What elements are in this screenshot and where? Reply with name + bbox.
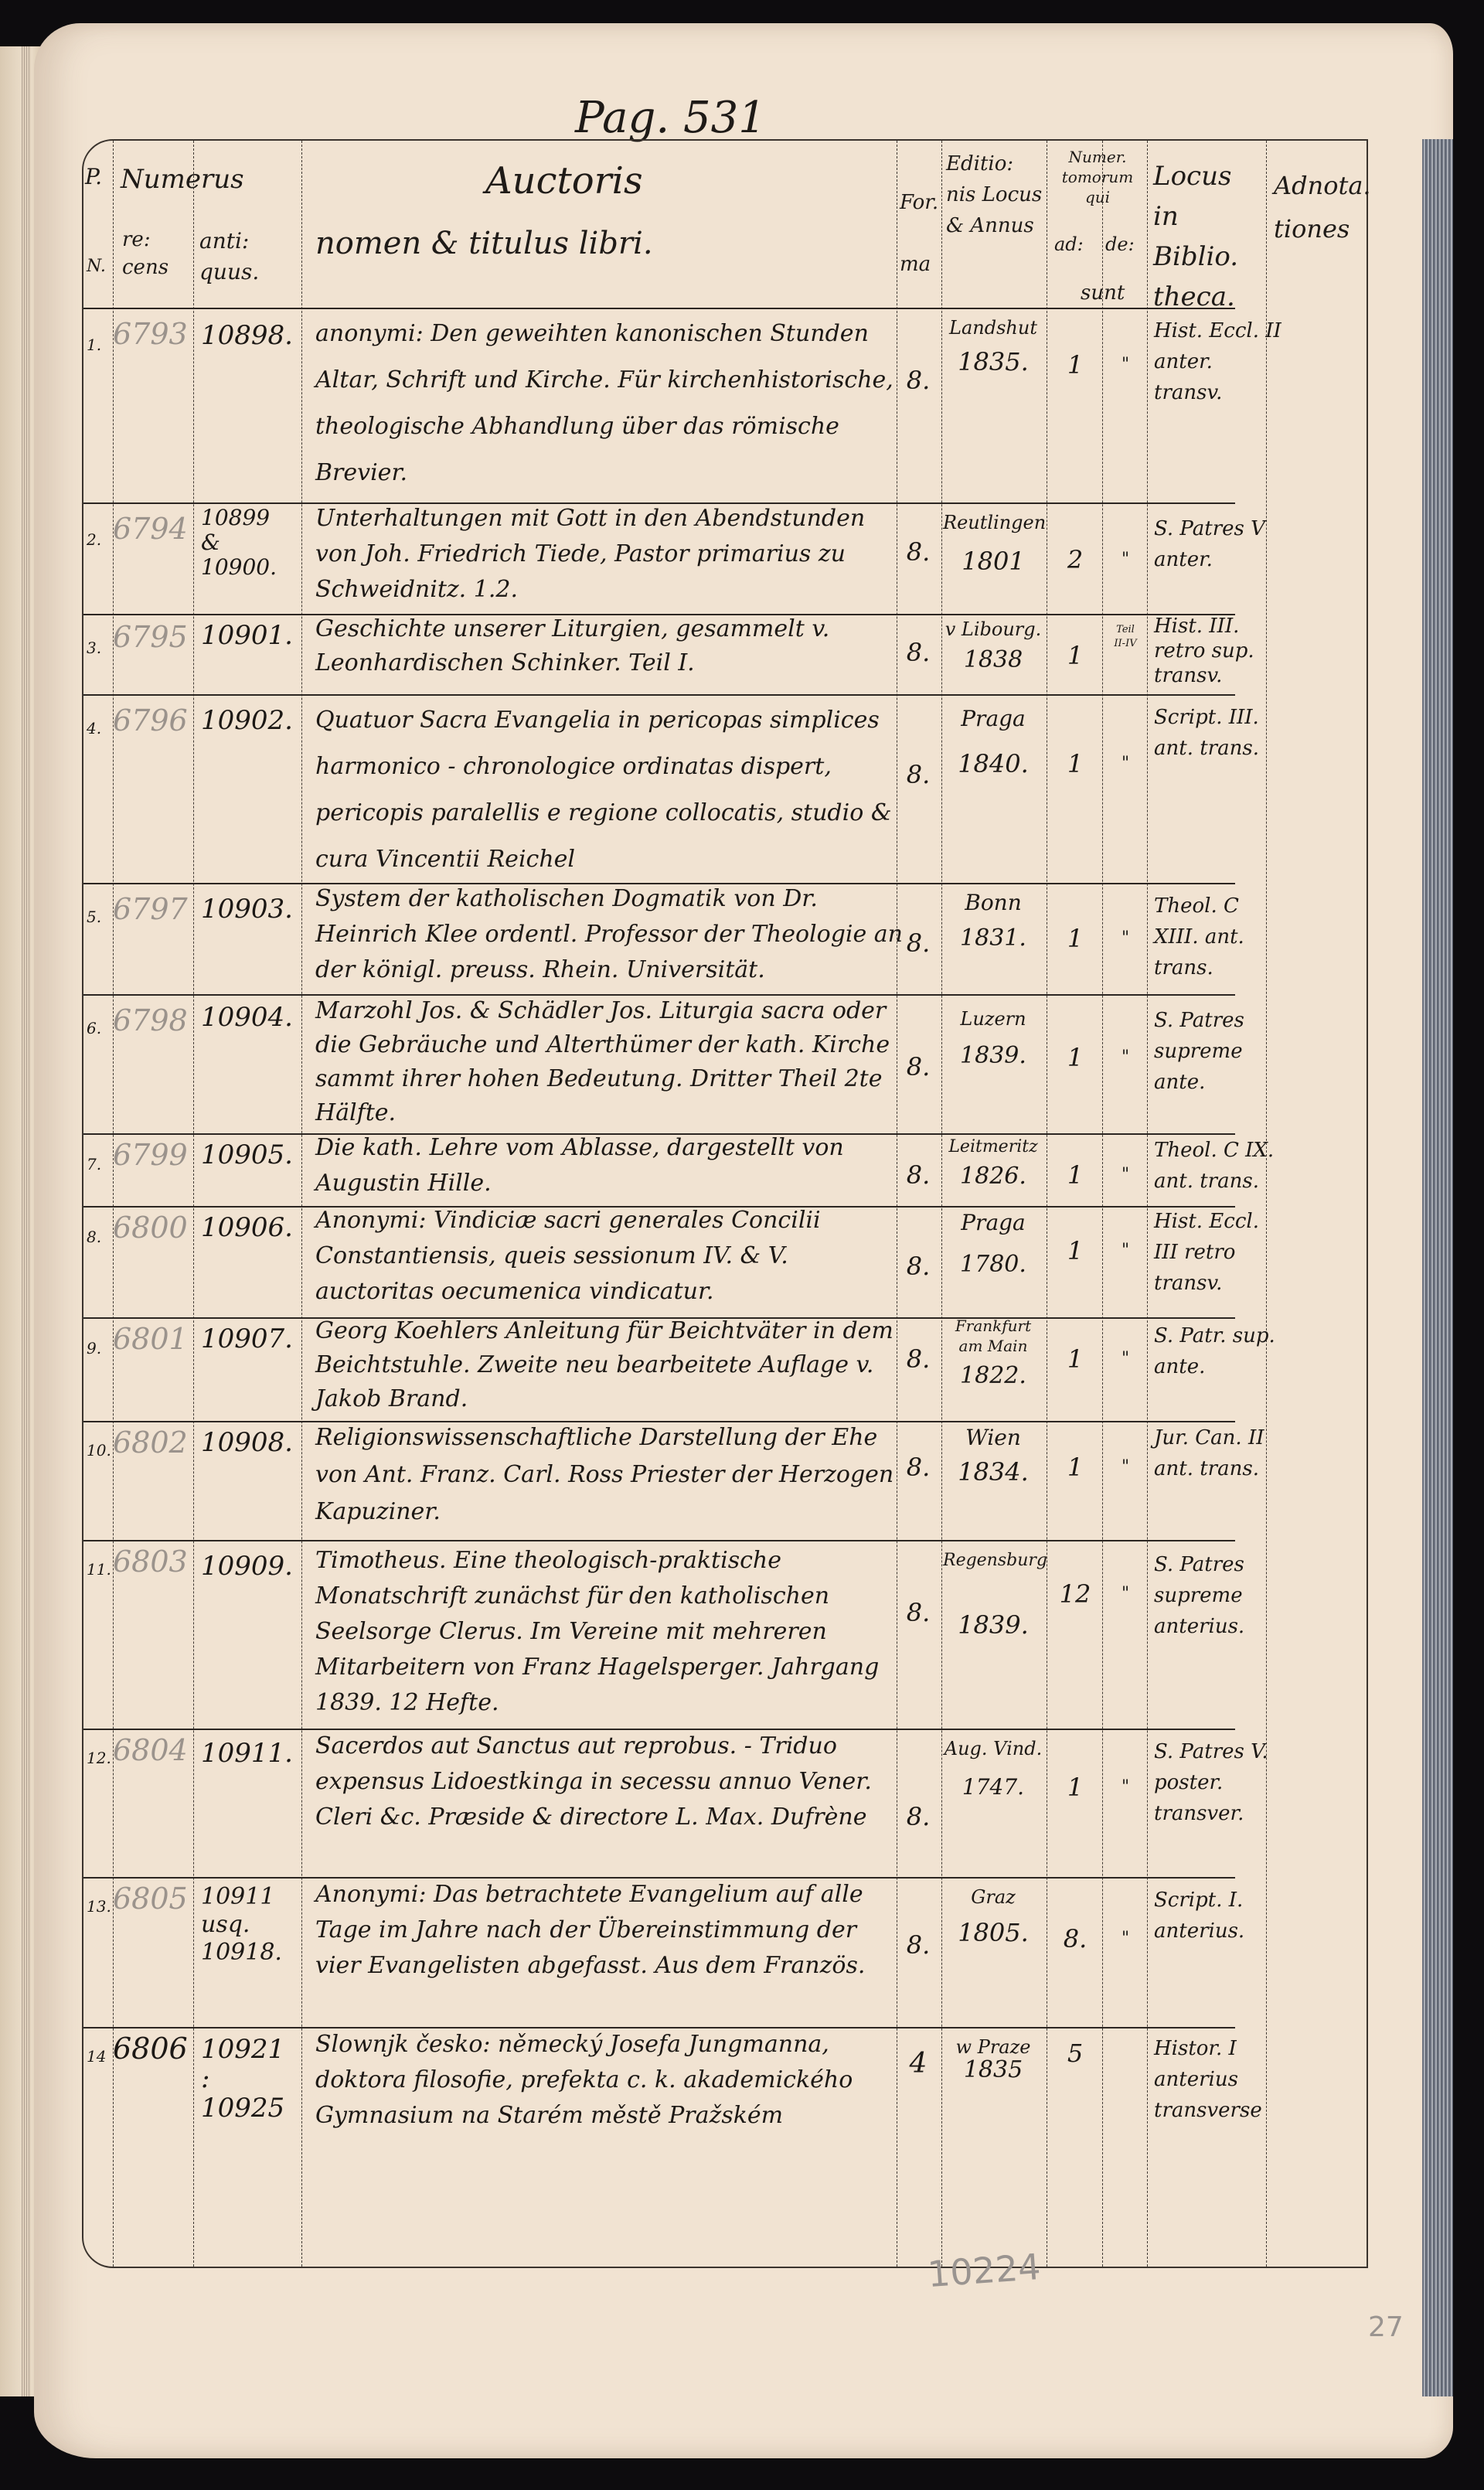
header-numerus-tomorum: Numer. tomorum qui [1050, 147, 1145, 207]
table-row: 5. 6797 10903. System der katholischen D… [83, 886, 1367, 991]
row-adsunt: 1 [1048, 1444, 1102, 1490]
row-antiquus-number: 10898. [201, 317, 294, 354]
row-adsunt: 2 [1048, 536, 1102, 583]
row-forma: 8. [903, 529, 934, 575]
row-title: Timotheus. Eine theologisch-praktische M… [315, 1543, 903, 1721]
row-editio-annus: 1805. [943, 1916, 1043, 1950]
pencil-folio-number: 27 [1368, 2311, 1404, 2343]
row-locus: S. Patres supreme anterius. [1154, 1549, 1285, 1642]
row-recens-number: 6805 [113, 1875, 190, 1922]
row-locus: Theol. C IX. ant. trans. [1154, 1135, 1285, 1197]
row-editio-annus: 1780. [943, 1248, 1043, 1282]
row-desunt: " [1110, 1336, 1141, 1382]
row-adsunt: 1 [1048, 342, 1102, 388]
row-forma: 8. [903, 751, 934, 798]
row-forma: 8. [903, 357, 934, 404]
row-adsunt: 1 [1048, 741, 1102, 787]
row-recens-number: 6803 [113, 1538, 190, 1585]
row-title: Geschichte unserer Liturgien, gesammelt … [315, 612, 903, 680]
row-rule [83, 1540, 1235, 1541]
header-sunt: sunt [1081, 281, 1125, 305]
row-recens-number: 6799 [113, 1132, 190, 1178]
row-editio-locus: v Libourg. [943, 612, 1043, 646]
row-adsunt: 1 [1048, 1152, 1102, 1198]
row-locus: S. Patres V. poster. transver. [1154, 1736, 1285, 1829]
row-title: Religionswissenschaftliche Darstellung d… [315, 1419, 903, 1531]
row-forma: 8. [903, 629, 934, 676]
row-forma: 8. [903, 1243, 934, 1289]
row-title: System der katholischen Dogmatik von Dr.… [315, 881, 903, 988]
row-editio-annus: 1831. [943, 921, 1043, 955]
row-antiquus-number: 10905. [201, 1136, 294, 1173]
row-position: 9. [87, 1325, 111, 1371]
row-desunt: " [1110, 342, 1141, 388]
row-antiquus-number: 10908. [201, 1424, 294, 1461]
row-locus: Script. III. ant. trans. [1154, 702, 1285, 764]
row-locus: S. Patres V anter. [1154, 513, 1285, 575]
row-forma: 4 [903, 2041, 934, 2087]
row-desunt: " [1110, 536, 1141, 583]
row-antiquus-number: 10906. [201, 1209, 294, 1246]
header-auctoris: Auctoris [485, 159, 643, 203]
row-editio-locus: Frankfurt am Main [943, 1316, 1043, 1356]
row-adsunt: 8. [1048, 1916, 1102, 1962]
pencil-note-count: 10224 [926, 2246, 1042, 2295]
catalog-ledger-table: P. N. Numerus re: cens anti: quus. Aucto… [82, 139, 1368, 2268]
row-position: 11. [87, 1546, 111, 1592]
row-title: Sacerdos aut Sanctus aut reprobus. - Tri… [315, 1729, 903, 1835]
row-locus: Hist. Eccl. III retro transv. [1154, 1206, 1285, 1299]
row-adsunt: 1 [1048, 915, 1102, 962]
table-row: 11. 6803 10909. Timotheus. Eine theologi… [83, 1543, 1367, 1729]
row-title: Unterhaltungen mit Gott in den Abendstun… [315, 501, 903, 608]
table-row: 1. 6793 10898. anonymi: Den geweihten ka… [83, 311, 1367, 502]
row-editio-annus: 1822. [943, 1359, 1043, 1393]
row-editio-annus: 1747. [943, 1770, 1043, 1804]
row-locus: S. Patres supreme ante. [1154, 1005, 1285, 1098]
row-antiquus-number: 10899 & 10900. [201, 506, 294, 580]
row-recens-number: 6793 [113, 311, 190, 357]
row-position: 14 [87, 2033, 111, 2080]
row-editio-locus: Praga [943, 1206, 1043, 1240]
row-editio-annus: 1834. [943, 1455, 1043, 1489]
row-recens-number: 6794 [113, 506, 190, 552]
row-title: anonymi: Den geweihten kanonischen Stund… [315, 311, 903, 496]
row-editio-locus: Regensburg [943, 1548, 1043, 1574]
header-adnotationes: Adnota. tiones [1274, 164, 1367, 250]
row-recens-number: 6802 [113, 1419, 190, 1466]
table-row: 4. 6796 10902. Quatuor Sacra Evangelia i… [83, 697, 1367, 883]
header-recens: re: cens [122, 226, 184, 281]
row-forma: 8. [903, 1589, 934, 1636]
row-editio-annus: 1840. [943, 747, 1043, 781]
page-number: Pag. 531 [575, 93, 766, 143]
row-adsunt: 1 [1048, 632, 1102, 679]
row-editio-locus: Reutlingen [943, 506, 1043, 540]
row-editio-locus: Luzern [943, 1002, 1043, 1036]
row-antiquus-number: 10911. [201, 1735, 294, 1772]
table-row: 6. 6798 10904. Marzohl Jos. & Schädler J… [83, 997, 1367, 1133]
table-row: 2. 6794 10899 & 10900. Unterhaltungen mi… [83, 506, 1367, 611]
row-title: Anonymi: Vindiciæ sacri generales Concil… [315, 1203, 903, 1310]
header-pos-sub: N. [87, 257, 106, 276]
table-row: 7. 6799 10905. Die kath. Lehre vom Ablas… [83, 1136, 1367, 1206]
row-forma: 8. [903, 1444, 934, 1490]
row-editio-annus: 1801 [943, 544, 1043, 578]
row-forma: 8. [903, 920, 934, 966]
row-editio-locus: Aug. Vind. [943, 1732, 1043, 1766]
row-rule [83, 694, 1235, 696]
row-recens-number: 6804 [113, 1727, 190, 1773]
header-editionis: Editio: nis Locus & Annus [946, 148, 1043, 241]
header-forma: For. ma [900, 172, 938, 295]
row-desunt: " [1110, 741, 1141, 787]
row-adsunt: 1 [1048, 1336, 1102, 1382]
row-antiquus-number: 10903. [201, 891, 294, 928]
row-recens-number: 6795 [113, 614, 190, 660]
table-row: 10. 6802 10908. Religionswissenschaftlic… [83, 1424, 1367, 1540]
row-adsunt: 5 [1048, 2030, 1102, 2076]
row-recens-number: 6800 [113, 1204, 190, 1251]
row-locus: Script. I. anterius. [1154, 1885, 1285, 1947]
table-row: 3. 6795 10901. Geschichte unserer Liturg… [83, 617, 1367, 691]
row-position: 3. [87, 625, 111, 671]
row-editio-annus: 1835. [943, 345, 1043, 379]
table-row: 14 6806 10921 : 10925 Slownjk česko: něm… [83, 2030, 1367, 2200]
row-title: Georg Koehlers Anleitung für Beichtväter… [315, 1314, 903, 1416]
row-editio-locus: Graz [943, 1880, 1043, 1914]
row-antiquus-number: 10902. [201, 702, 294, 739]
row-desunt: " [1110, 1034, 1141, 1081]
row-position: 7. [87, 1141, 111, 1187]
header-numerus: Numerus [121, 164, 244, 195]
row-recens-number: 6796 [113, 697, 190, 744]
row-locus: Hist. III. retro sup. transv. [1154, 614, 1285, 688]
table-row: 13. 6805 10911 usq. 10918. Anonymi: Das … [83, 1880, 1367, 2027]
header-nomen-titulus: nomen & titulus libri. [315, 226, 653, 261]
row-locus: Histor. I anterius transverse [1154, 2033, 1285, 2126]
row-position: 13. [87, 1883, 111, 1930]
row-editio-annus: 1839. [943, 1608, 1043, 1642]
row-antiquus-number: 10904. [201, 999, 294, 1036]
row-locus: Hist. Eccl. II anter. transv. [1154, 315, 1285, 408]
row-recens-number: 6806 [113, 2025, 190, 2072]
row-editio-annus: 1839. [943, 1039, 1043, 1073]
header-adsunt: ad: [1054, 233, 1084, 255]
row-desunt: " [1110, 1764, 1141, 1810]
header-antiquus: anti: quus. [199, 226, 292, 288]
row-forma: 8. [903, 1793, 934, 1840]
row-recens-number: 6798 [113, 997, 190, 1044]
row-desunt: Teil II-IV [1110, 623, 1141, 651]
table-row: 8. 6800 10906. Anonymi: Vindiciæ sacri g… [83, 1209, 1367, 1317]
header-pos: P. [85, 164, 102, 189]
row-antiquus-number: 10921 : 10925 [201, 2035, 294, 2123]
row-antiquus-number: 10901. [201, 617, 294, 654]
table-row: 12. 6804 10911. Sacerdos aut Sanctus aut… [83, 1732, 1367, 1877]
row-position: 5. [87, 894, 111, 940]
row-title: Marzohl Jos. & Schädler Jos. Liturgia sa… [315, 994, 903, 1130]
book-fore-edge [1422, 139, 1453, 2396]
row-title: Slownjk česko: německý Josefa Jungmanna,… [315, 2027, 903, 2134]
row-desunt: " [1110, 1152, 1141, 1198]
row-locus: S. Patr. sup. ante. [1154, 1320, 1285, 1382]
table-row: 9. 6801 10907. Georg Koehlers Anleitung … [83, 1320, 1367, 1421]
row-editio-annus: 1838 [943, 643, 1043, 677]
row-editio-locus: Wien [943, 1421, 1043, 1455]
header-desunt: de: [1105, 233, 1135, 255]
row-position: 10. [87, 1427, 111, 1473]
row-editio-locus: Bonn [943, 886, 1043, 920]
row-antiquus-number: 10907. [201, 1320, 294, 1357]
row-desunt: " [1110, 1228, 1141, 1274]
header-locus: Locus in Biblio. theca. [1153, 156, 1261, 317]
row-desunt: " [1110, 1444, 1141, 1490]
row-recens-number: 6797 [113, 886, 190, 932]
row-editio-locus: Praga [943, 702, 1043, 736]
left-page-fore-edge [22, 46, 31, 2396]
row-desunt: " [1110, 915, 1141, 962]
row-editio-annus: 1835 [943, 2053, 1043, 2087]
row-position: 12. [87, 1735, 111, 1781]
row-recens-number: 6801 [113, 1316, 190, 1362]
row-forma: 8. [903, 1044, 934, 1090]
row-forma: 8. [903, 1922, 934, 1968]
ledger-page: Pag. 531 P. N. Numerus re: cens anti: qu… [34, 23, 1453, 2458]
row-adsunt: 1 [1048, 1228, 1102, 1274]
row-adsunt: 12 [1048, 1571, 1102, 1617]
row-antiquus-number: 10911 usq. 10918. [201, 1883, 294, 1967]
row-title: Die kath. Lehre vom Ablasse, dargestellt… [315, 1130, 903, 1201]
row-title: Quatuor Sacra Evangelia in pericopas sim… [315, 697, 903, 883]
row-position: 2. [87, 516, 111, 563]
header-rule [83, 308, 1235, 309]
row-desunt: " [1110, 1571, 1141, 1617]
row-forma: 8. [903, 1336, 934, 1382]
row-position: 4. [87, 705, 111, 751]
row-antiquus-number: 10909. [201, 1548, 294, 1585]
row-adsunt: 1 [1048, 1034, 1102, 1081]
row-position: 8. [87, 1214, 111, 1260]
row-adsunt: 1 [1048, 1764, 1102, 1810]
row-position: 6. [87, 1005, 111, 1051]
row-forma: 8. [903, 1152, 934, 1198]
row-editio-annus: 1826. [943, 1160, 1043, 1194]
row-locus: Jur. Can. II ant. trans. [1154, 1422, 1285, 1484]
row-position: 1. [87, 322, 111, 368]
row-title: Anonymi: Das betrachtete Evangelium auf … [315, 1877, 903, 1984]
row-desunt: " [1110, 1916, 1141, 1962]
row-locus: Theol. C XIII. ant. trans. [1154, 891, 1285, 983]
row-editio-locus: Landshut [943, 311, 1043, 345]
